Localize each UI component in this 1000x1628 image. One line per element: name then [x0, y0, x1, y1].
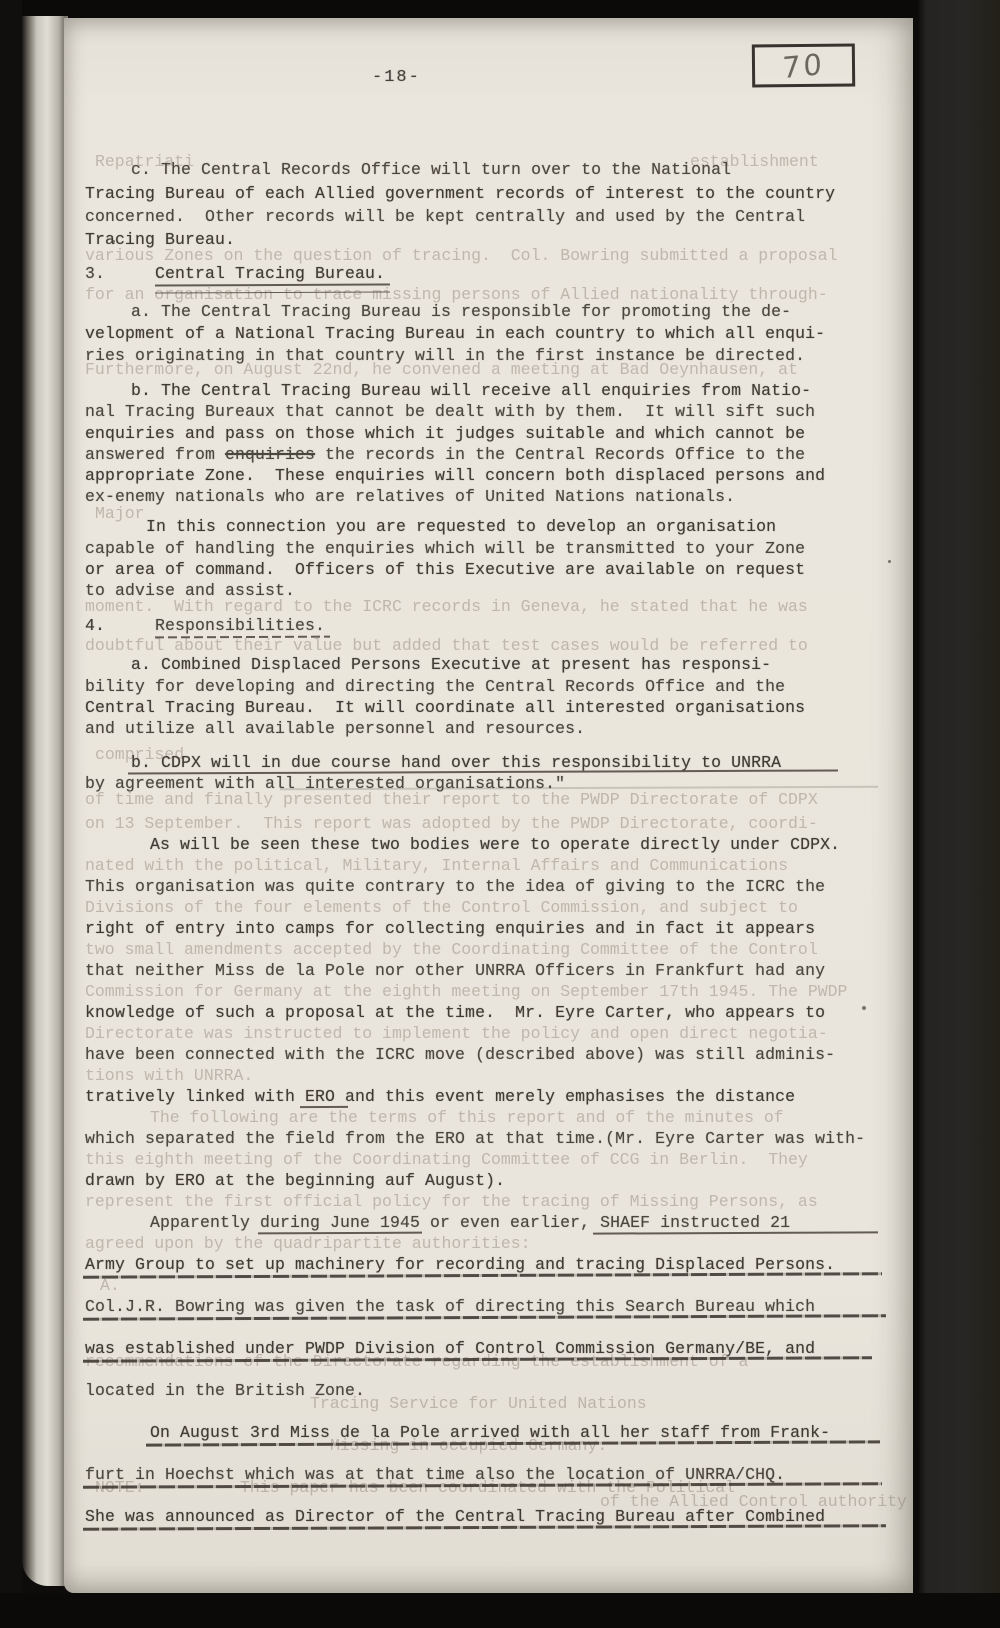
text-segment: answered from [85, 445, 225, 464]
typed-text-line: answered from enquiries the records in t… [85, 445, 805, 464]
archive-stamp-box: 70 [752, 43, 855, 87]
typed-text-line: Tracing Bureau. [85, 230, 235, 249]
typed-text-line: right of entry into camps for collecting… [85, 919, 815, 938]
typed-text-line: to advise and assist. [85, 581, 295, 600]
typed-text-line: located in the British Zone. [85, 1381, 365, 1400]
typed-text-line: furt in Hoechst which was at that time a… [85, 1465, 785, 1484]
typed-text-line: a. The Central Tracing Bureau is respons… [131, 302, 791, 321]
typed-text-line: bility for developing and directing the … [85, 677, 785, 696]
bleedthrough-text-line: represent the first official policy for … [85, 1192, 818, 1211]
typed-text-line: Central Tracing Bureau. It will coordina… [85, 698, 805, 717]
typed-text-line: that neither Miss de la Pole nor other U… [85, 961, 825, 980]
typed-text-line: velopment of a National Tracing Bureau i… [85, 324, 825, 343]
typed-text-line: tratively linked with ERO and this event… [85, 1087, 795, 1106]
typed-text-line: a. Combined Displaced Persons Executive … [131, 655, 771, 674]
bleedthrough-text-line: A. [100, 1276, 120, 1295]
typed-text-line: b. The Central Tracing Bureau will recei… [131, 381, 811, 400]
typed-text-line: Apparently during June 1945 or even earl… [150, 1213, 790, 1232]
bleedthrough-text-line: Commission for Germany at the eighth mee… [85, 982, 847, 1001]
bleedthrough-text-line: The following are the terms of this repo… [150, 1108, 784, 1127]
typed-text-line: concerned. Other records will be kept ce… [85, 207, 805, 226]
bleedthrough-text-line: Directorate was instructed to implement … [85, 1024, 828, 1043]
ink-speck [888, 560, 891, 563]
ink-speck [862, 1006, 866, 1010]
bleedthrough-text-line: on 13 September. This report was adopted… [85, 814, 818, 833]
typed-text-line: b. CDPX will in due course hand over thi… [131, 753, 781, 772]
bleedthrough-text-line: tions with UNRRA. [85, 1066, 253, 1085]
typed-text-line: by agreement with all interested organis… [85, 774, 565, 793]
bleedthrough-text-line: doubtful about their value but added tha… [85, 636, 808, 655]
typed-text-line: On August 3rd Miss de la Pole arrived wi… [150, 1423, 830, 1442]
typed-text-line: Army Group to set up machinery for recor… [85, 1255, 835, 1274]
bleedthrough-text-line: agreed upon by the quadripartite authori… [85, 1234, 531, 1253]
typed-text-line: enquiries and pass on those which it jud… [85, 424, 805, 443]
underline-heading-central-tracing-bureau [155, 283, 390, 293]
typed-text-line: In this connection you are requested to … [146, 517, 776, 536]
typed-text-line: This organisation was quite contrary to … [85, 877, 825, 896]
typed-text-line: ries originating in that country will in… [85, 346, 805, 365]
scan-background-right [918, 0, 1000, 1628]
scan-background-left [0, 0, 22, 1628]
struck-out-word: enquiries [225, 445, 315, 464]
bleedthrough-text-line: Major [95, 504, 145, 523]
typed-text-line: Tracing Bureau of each Allied government… [85, 184, 835, 203]
typed-text-line: knowledge of such a proposal at the time… [85, 1003, 825, 1022]
ink-speck [112, 240, 115, 243]
typed-text-line: ex-enemy nationals who are relatives of … [85, 487, 735, 506]
section-number: 4. [85, 616, 105, 635]
typed-text-line: which separated the field from the ERO a… [85, 1129, 865, 1148]
typed-text-line: capable of handling the enquiries which … [85, 539, 805, 558]
typed-text-line: appropriate Zone. These enquiries will c… [85, 466, 825, 485]
typed-text-line: c. The Central Records Office will turn … [131, 160, 731, 179]
book-binding-page-curl [22, 16, 68, 1586]
section-heading: Responsibilities. [155, 616, 325, 635]
typed-text-line: As will be seen these two bodies were to… [150, 835, 840, 854]
typed-text-line: have been connected with the ICRC move (… [85, 1045, 835, 1064]
bleedthrough-text-line: two small amendments accepted by the Coo… [85, 940, 818, 959]
typed-text-line: and utilize all available personnel and … [85, 719, 585, 738]
typed-text-line: or area of command. Officers of this Exe… [85, 560, 805, 579]
scan-background-bottom [0, 1593, 1000, 1628]
typed-text-line: Col.J.R. Bowring was given the task of d… [85, 1297, 815, 1316]
page-number: -18- [372, 68, 421, 87]
stamp-number: 70 [782, 46, 825, 84]
typed-text-line: She was announced as Director of the Cen… [85, 1507, 825, 1526]
section-heading: Central Tracing Bureau. [155, 264, 385, 283]
typed-text-line: was established under PWDP Division of C… [85, 1339, 815, 1358]
bleedthrough-text-line: Divisions of the four elements of the Co… [85, 898, 798, 917]
scanned-document-photo: { "page": { "number_label": "-18-", "sta… [0, 0, 1000, 1628]
text-segment: the records in the Central Records Offic… [315, 445, 805, 464]
bleedthrough-text-line: nated with the political, Military, Inte… [85, 856, 788, 875]
typed-text-line: drawn by ERO at the beginning auf August… [85, 1171, 505, 1190]
page-right-edge-shadow [913, 14, 919, 1596]
scan-background-top [0, 0, 1000, 18]
typed-text-line: nal Tracing Bureaux that cannot be dealt… [85, 402, 815, 421]
pencil-mark-under-ERO [300, 1106, 348, 1108]
section-number: 3. [85, 264, 105, 283]
bleedthrough-text-line: this eighth meeting of the Coordinating … [85, 1150, 808, 1169]
